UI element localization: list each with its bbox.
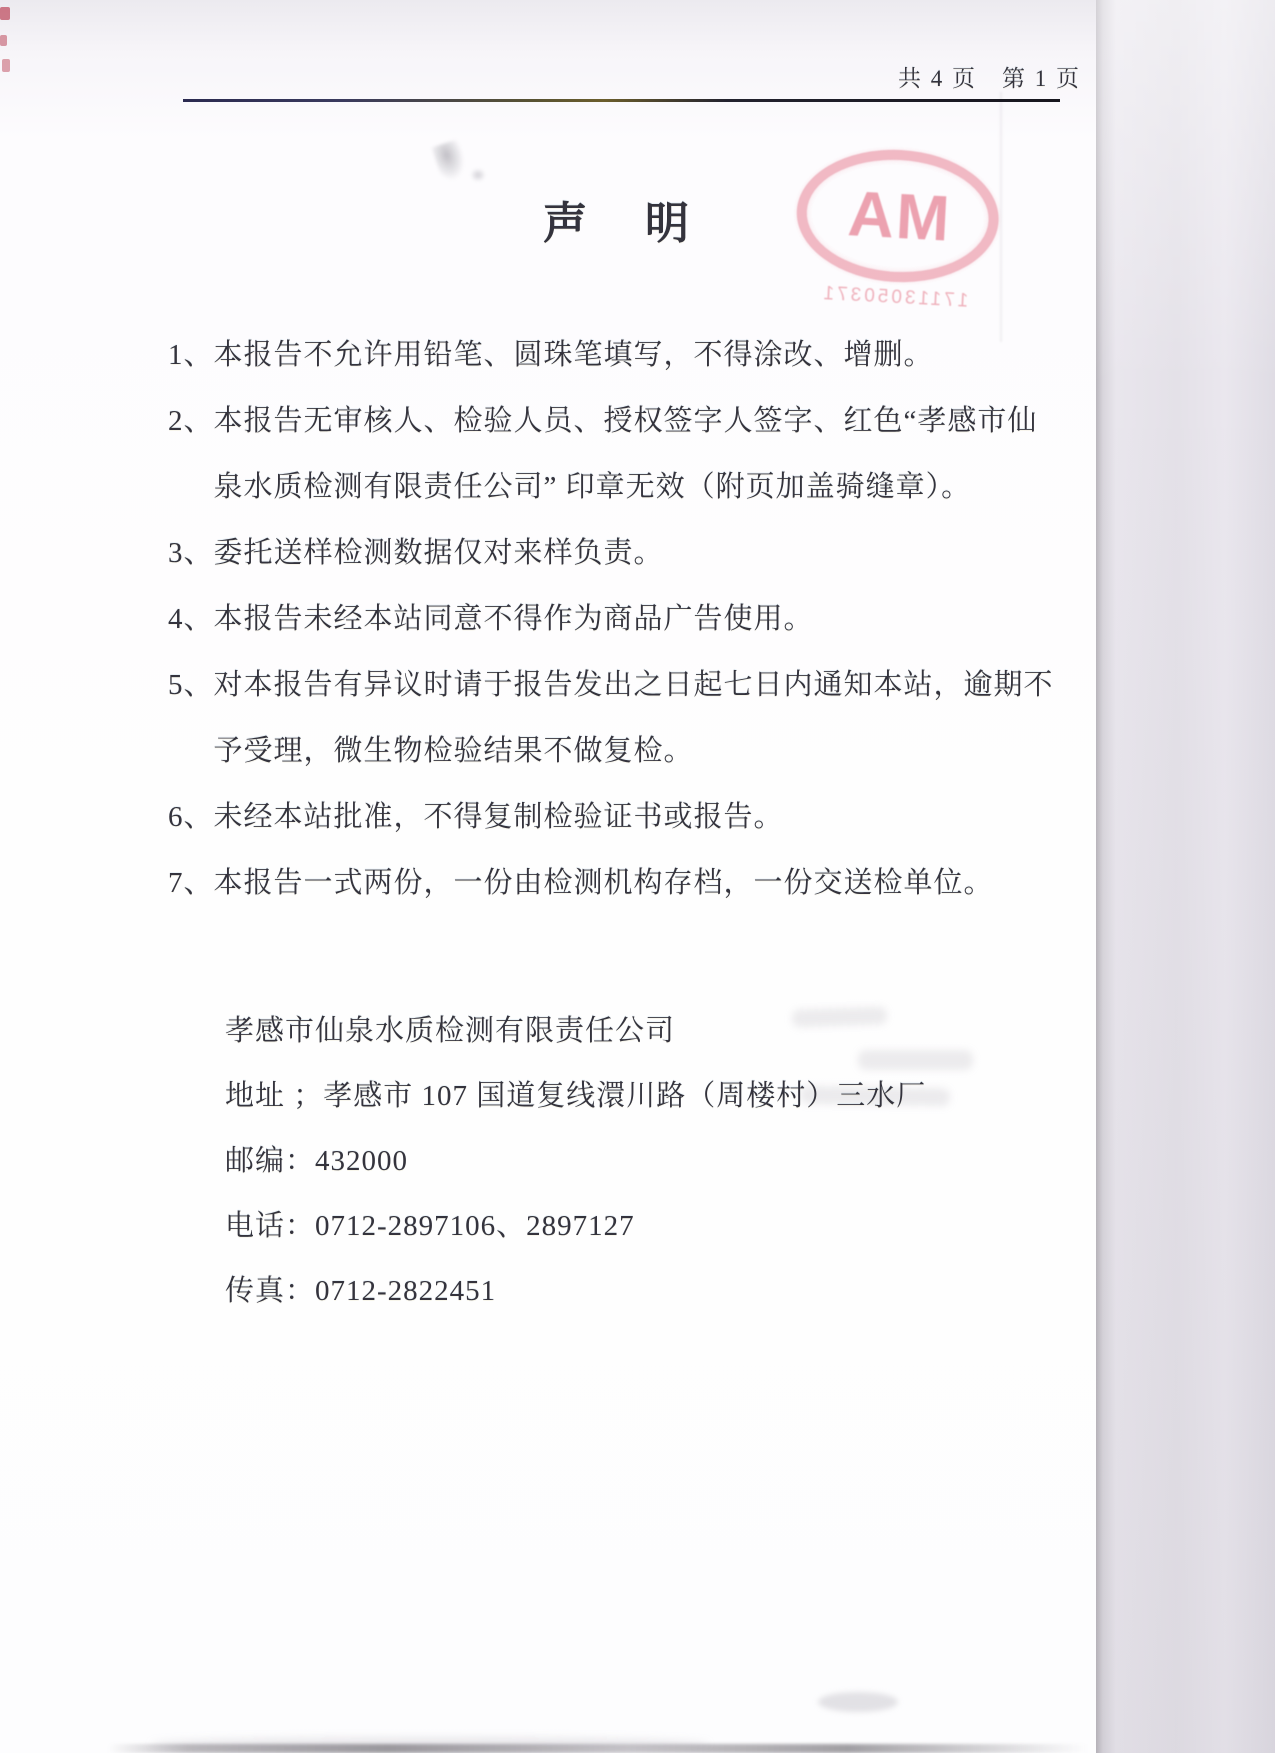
notice-text: 泉水质检测有限责任公司” 印章无效（附页加盖骑缝章）。 (214, 454, 1073, 520)
notice-text: 对本报告有异议时请于报告发出之日起七日内通知本站，逾期不 (214, 652, 1073, 718)
stamp-oval: MA (793, 145, 1002, 287)
notice-text: 未经本站批准，不得复制检验证书或报告。 (214, 784, 1073, 850)
notice-item-1: 1、 本报告不允许用铅笔、圆珠笔填写，不得涂改、增删。 (168, 322, 1073, 388)
cma-stamp-icon: MA 17113050371 (794, 145, 1002, 313)
notice-number: 7、 (168, 850, 214, 916)
notice-text: 予受理，微生物检验结果不做复检。 (214, 718, 1073, 784)
scan-edge-red-mark (0, 7, 10, 20)
pencil-smudge (470, 168, 486, 182)
notice-item-2: 2、 本报告无审核人、检验人员、授权签字人签字、红色“孝感市仙 泉水质检测有限责… (168, 388, 1073, 520)
pencil-smudge (432, 138, 473, 185)
company-contact-block: 孝感市仙泉水质检测有限责任公司 地址 ；孝感市 107 国道复线澴川路（周楼村）… (225, 999, 926, 1324)
notice-text: 本报告无审核人、检验人员、授权签字人签字、红色“孝感市仙 (214, 388, 1073, 454)
scan-edge-red-mark (2, 59, 10, 72)
notice-item-5: 5、 对本报告有异议时请于报告发出之日起七日内通知本站，逾期不 予受理，微生物检… (168, 652, 1073, 784)
stamp-letters: MA (844, 176, 951, 255)
stamp-code: 17113050371 (794, 282, 995, 314)
company-postcode: 邮编：432000 (225, 1129, 926, 1194)
notice-number: 6、 (168, 784, 214, 850)
notice-number: 2、 (168, 388, 214, 520)
notice-number: 4、 (168, 586, 214, 652)
scan-bottom-haze (150, 1737, 710, 1750)
scanned-declaration-page: 共 4 页 第 1 页 声明 MA 17113050371 1、 本报告不允许用… (0, 0, 1275, 1753)
scan-smudge (818, 1692, 898, 1712)
notice-number: 1、 (168, 322, 214, 388)
notice-text: 本报告未经本站同意不得作为商品广告使用。 (214, 586, 1073, 652)
header-rule (183, 99, 1060, 102)
paper-crease (1000, 92, 1002, 342)
company-fax: 传真：0712-2822451 (225, 1259, 926, 1324)
company-name: 孝感市仙泉水质检测有限责任公司 (225, 999, 926, 1064)
notice-item-6: 6、 未经本站批准，不得复制检验证书或报告。 (168, 784, 1073, 850)
scan-edge-red-mark (0, 35, 7, 46)
notice-number: 5、 (168, 652, 214, 784)
scan-background-strip (1096, 0, 1275, 1753)
company-phone: 电话：0712-2897106、2897127 (225, 1194, 926, 1259)
notice-item-7: 7、 本报告一式两份，一份由检测机构存档，一份交送检单位。 (168, 850, 1073, 916)
notice-text: 本报告一式两份，一份由检测机构存档，一份交送检单位。 (214, 850, 1073, 916)
notice-list: 1、 本报告不允许用铅笔、圆珠笔填写，不得涂改、增删。 2、 本报告无审核人、检… (168, 322, 1073, 916)
notice-number: 3、 (168, 520, 214, 586)
notice-item-3: 3、 委托送样检测数据仅对来样负责。 (168, 520, 1073, 586)
notice-text: 本报告不允许用铅笔、圆珠笔填写，不得涂改、增删。 (214, 322, 1073, 388)
notice-item-4: 4、 本报告未经本站同意不得作为商品广告使用。 (168, 586, 1073, 652)
company-address: 地址 ；孝感市 107 国道复线澴川路（周楼村）三水厂 (225, 1064, 926, 1129)
page-indicator: 共 4 页 第 1 页 (898, 60, 1068, 93)
page-title: 声明 (543, 198, 747, 250)
notice-text: 委托送样检测数据仅对来样负责。 (214, 520, 1073, 586)
